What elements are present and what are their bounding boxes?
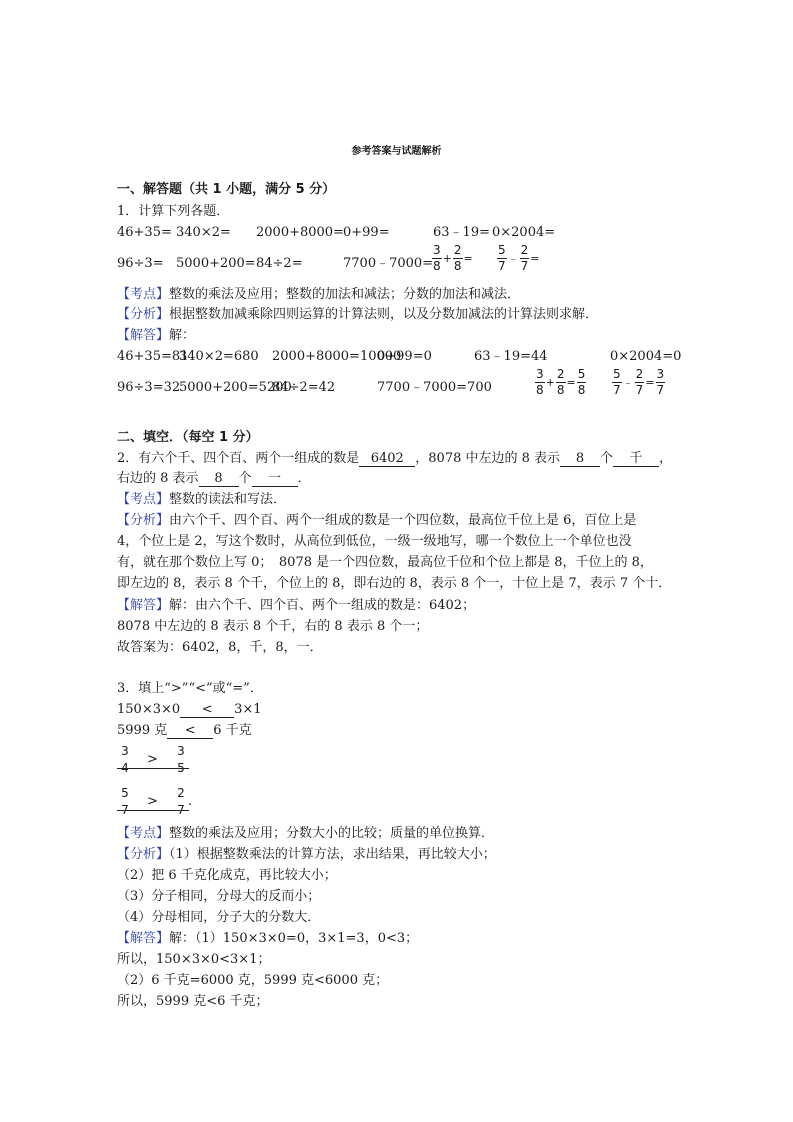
- q3-compare-2: 5999 克<6 千克: [117, 722, 252, 740]
- q3-jieda-l4: 所以，5999 克<6 千克；: [117, 993, 269, 1011]
- answer-item: 63﹣19=44: [474, 348, 548, 366]
- q1-item: 96÷3=: [117, 255, 164, 273]
- q1-item: 84÷2=: [256, 255, 303, 273]
- fenxi-label: 【分析】: [117, 847, 169, 862]
- kaodian-text: 整数的乘法及应用；整数的加法和减法；分数的加法和减法．: [169, 287, 520, 302]
- fraction: 38: [432, 243, 442, 274]
- fraction-expression: 57﹣27=: [497, 243, 541, 274]
- page-title: 参考答案与试题解析: [0, 142, 793, 157]
- q3-kaodian: 【考点】整数的乘法及应用；分数大小的比较；质量的单位换算．: [117, 825, 494, 843]
- q1-item: 46+35=: [117, 224, 172, 242]
- q2-fenxi-l3: 有，就在那个数位上写 0； 8078 是一个四位数，最高位千位和个位上都是 8，…: [117, 554, 653, 572]
- section-2-heading: 二、填空．（每空 1 分）: [117, 429, 259, 447]
- q1-item: 7700﹣7000=: [343, 255, 433, 273]
- q3-fenxi-l3: （3）分子相同，分母大的反而小；: [117, 888, 320, 906]
- fraction: 27: [520, 243, 530, 274]
- q2-kaodian: 【考点】整数的读法和写法．: [117, 491, 286, 509]
- answer-item: 0×2004=0: [610, 348, 681, 366]
- answer-blank: 8: [199, 471, 239, 487]
- fraction: 28: [453, 243, 463, 274]
- q2-jieda-l2: 8078 中左边的 8 表示 8 个千，右的 8 表示 8 个一；: [117, 618, 428, 636]
- answer-blank: 千: [613, 451, 659, 467]
- answer-item: 7700﹣7000=700: [377, 379, 492, 397]
- jieda-label: 【解答】: [117, 328, 169, 343]
- q2-fenxi-l4: 即左边的 8，表示 8 个千，个位上的 8，即右边的 8，表示 8 个一，十位上…: [117, 575, 671, 593]
- answer-item: 0+99=0: [377, 348, 432, 366]
- answer-blank: >: [147, 752, 158, 767]
- kaodian-label: 【考点】: [117, 826, 169, 841]
- q1-item: 63﹣19=: [433, 224, 490, 242]
- q2-fenxi-l2: 4，个位上是 2，写这个数时，从高位到低位，一级一级地写，哪一个数位上一个单位也…: [117, 533, 632, 551]
- answer-blank: 6402: [359, 451, 415, 467]
- q3-jieda-l2: 所以，150×3×0<3×1；: [117, 951, 270, 969]
- answer-blank: <: [167, 723, 213, 739]
- q1-kaodian: 【考点】整数的乘法及应用；整数的加法和减法；分数的加法和减法．: [117, 286, 520, 304]
- q3-fenxi-l2: （2）把 6 千克化成克，再比较大小；: [117, 867, 337, 885]
- q1-item: 2000+8000=: [256, 224, 344, 242]
- q1-jieda: 【解答】解：: [117, 327, 195, 345]
- q3-stem: 3．填上“>”“<”或“=”．: [117, 680, 263, 698]
- jieda-text: 解：: [169, 328, 195, 343]
- answer-item: 96÷3=32: [117, 379, 180, 397]
- section-1-heading: 一、解答题（共 1 小题，满分 5 分）: [117, 181, 335, 199]
- kaodian-label: 【考点】: [117, 287, 169, 302]
- q1-item: 5000+200=: [176, 255, 256, 273]
- q3-jieda: 【解答】解：（1）150×3×0=0，3×1=3，0<3；: [117, 930, 418, 948]
- fenxi-label: 【分析】: [117, 307, 169, 322]
- fraction-answer: 57﹣27=37: [612, 367, 665, 398]
- q1-item: 0+99=: [343, 224, 390, 242]
- q3-jieda-l3: （2）6 千克=6000 克，5999 克<6000 克；: [117, 972, 388, 990]
- q2-line2: 右边的 8 表示8个一．: [117, 470, 311, 488]
- fenxi-label: 【分析】: [117, 513, 169, 528]
- answer-item: 46+35=81: [117, 348, 188, 366]
- answer-blank: <: [180, 702, 234, 718]
- jieda-label: 【解答】: [117, 931, 169, 946]
- fraction-answer: 38+28=58: [535, 367, 586, 398]
- q1-fenxi: 【分析】根据整数加减乘除四则运算的计算法则，以及分数加减法的计算法则求解．: [117, 306, 598, 324]
- answer-blank: 一: [252, 471, 298, 487]
- q1-stem: 1．计算下列各题．: [117, 203, 229, 221]
- q3-compare-3: 3 4 > 3 5: [117, 744, 237, 778]
- fenxi-text: 根据整数加减乘除四则运算的计算法则，以及分数加减法的计算法则求解．: [169, 307, 598, 322]
- q3-compare-1: 150×3×0<3×1: [117, 701, 262, 719]
- kaodian-label: 【考点】: [117, 492, 169, 507]
- answer-blank: >: [147, 794, 158, 809]
- fraction: 57: [497, 243, 507, 274]
- q2-fenxi: 【分析】由六个千、四个百、两个一组成的数是一个四位数，最高位千位上是 6，百位上…: [117, 512, 636, 530]
- q3-compare-4: 5 7 > 2 7 .: [117, 786, 237, 820]
- q2-jieda-l3: 故答案为：6402，8，千，8，一．: [117, 639, 323, 657]
- answer-item: 340×2=680: [179, 348, 259, 366]
- jieda-label: 【解答】: [117, 598, 169, 613]
- answer-item: 84÷2=42: [272, 379, 335, 397]
- q2-jieda: 【解答】解：由六个千、四个百、两个一组成的数是：6402；: [117, 597, 475, 615]
- q1-item: 340×2=: [176, 224, 231, 242]
- document-page: 参考答案与试题解析 一、解答题（共 1 小题，满分 5 分） 1．计算下列各题．…: [0, 0, 793, 1122]
- q2-line1: 2．有六个千、四个百、两个一组成的数是6402，8078 中左边的 8 表示8个…: [117, 450, 672, 468]
- answer-blank: 8: [560, 451, 600, 467]
- q1-item: 0×2004=: [492, 224, 555, 242]
- q3-fenxi-l4: （4）分母相同，分子大的分数大．: [117, 909, 320, 927]
- fraction-expression: 38+28=: [432, 243, 474, 274]
- q3-fenxi: 【分析】（1）根据整数乘法的计算方法，求出结果，再比较大小；: [117, 846, 496, 864]
